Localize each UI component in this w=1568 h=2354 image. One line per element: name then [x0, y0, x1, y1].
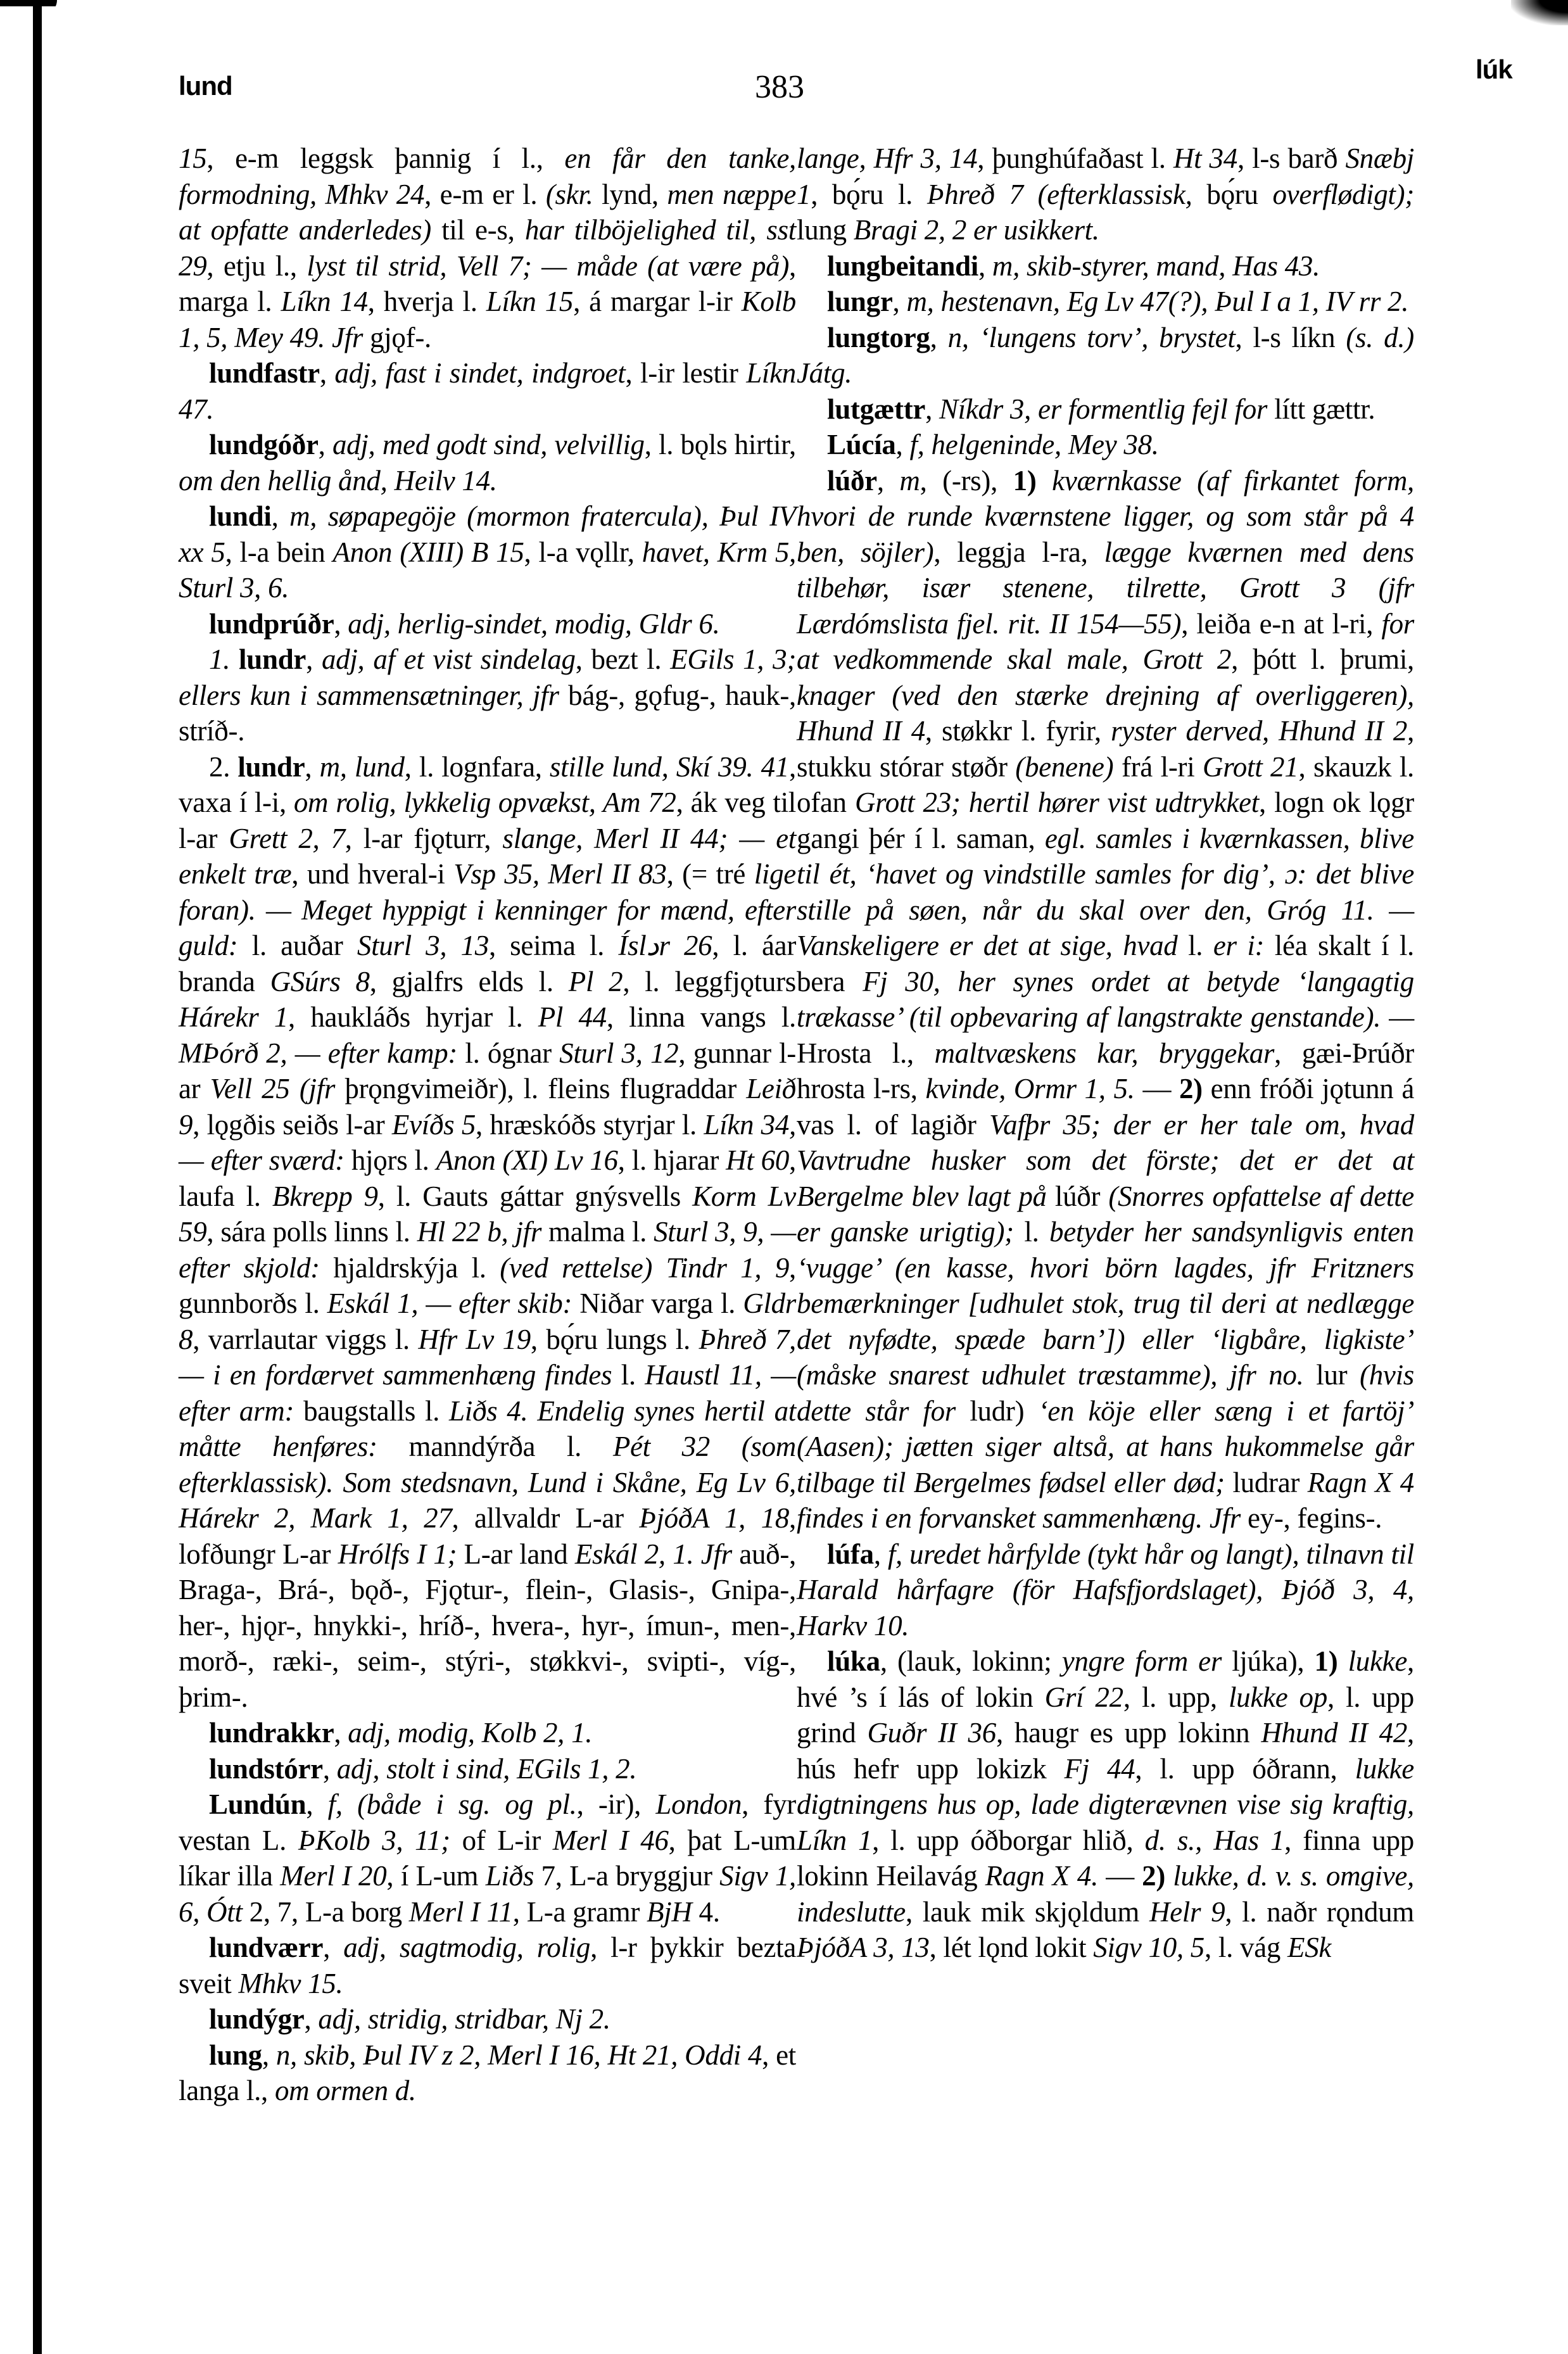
entry-text: , bǫ́ru l.: [811, 179, 927, 210]
entry-text: , (lauk, lokinn;: [880, 1645, 1062, 1677]
italic-text: lukke: [1348, 1645, 1407, 1677]
dictionary-entry: lundýgr, adj, stridig, stridbar, Nj 2.: [179, 2001, 796, 2037]
italic-text: ESk: [1287, 1932, 1331, 1963]
headword: lundrakkr: [209, 1717, 334, 1749]
dictionary-entry: lúðr, m, (-rs), 1) kværnkasse (af firkan…: [797, 463, 1414, 1536]
italic-text: 15: [179, 142, 206, 174]
italic-text: om rolig, lykkelig opvækst, Am 72: [294, 787, 676, 818]
headword: 1): [1013, 465, 1037, 497]
entry-text: lung: [797, 214, 854, 246]
entry-text: , l-ar fjǫturr,: [345, 823, 503, 854]
italic-text: Liðs: [486, 1860, 534, 1892]
italic-text: Pl 44: [538, 1001, 607, 1033]
entry-text: , (= tré: [667, 858, 754, 890]
dictionary-entry: 1. lundr, adj, af et vist sindelag, bezt…: [179, 642, 796, 749]
entry-text: l. auðar: [238, 930, 357, 961]
headword: lung: [209, 2039, 262, 2071]
italic-text: adj, fast i sindet, indgroet: [334, 357, 625, 389]
running-head-right: lúk: [1476, 54, 1512, 85]
italic-text: Vell 25 (jfr: [210, 1073, 336, 1104]
entry-text: , und hveral-i: [291, 858, 453, 890]
italic-text: ÞjóðA 3, 13: [797, 1932, 930, 1963]
entry-text: , etju l.,: [206, 250, 307, 282]
italic-text: Líkn 15: [486, 286, 573, 317]
entry-text: , linna vangs l.: [607, 1001, 796, 1033]
italic-text: kvinde, Ormr 1, 5.: [926, 1073, 1135, 1104]
entry-text: ljúka),: [1222, 1645, 1314, 1677]
dictionary-entry: 2. lundr, m, lund, l. lognfara, stille l…: [179, 749, 796, 1716]
italic-text: Merl I 11: [409, 1896, 513, 1928]
dictionary-entry: lundprúðr, adj, herlig-sindet, modig, Gl…: [179, 606, 796, 642]
entry-text: , l-ir lestir: [625, 357, 746, 389]
italic-text: n, ‘lungens torv’, brystet: [948, 322, 1236, 353]
italic-text: Sturl 3, 12: [559, 1037, 678, 1069]
headword: lungtorg: [827, 322, 930, 353]
entry-text: lítt gættr.: [1267, 393, 1375, 425]
italic-text: yngre form er: [1062, 1645, 1222, 1677]
italic-text: Eskál 1, — efter skib:: [327, 1288, 572, 1319]
entry-text: ,: [272, 500, 289, 532]
italic-text: Þhreð 7 (efterklassisk,: [927, 179, 1192, 210]
dictionary-entry: lungtorg, n, ‘lungens torv’, brystet, l-…: [797, 320, 1414, 391]
entry-text: [1337, 1645, 1348, 1677]
headword: lundr: [237, 751, 305, 783]
entry-text: , varrlautar viggs l.: [193, 1324, 418, 1355]
headword: lundgóðr: [209, 429, 319, 460]
scan-smudge: [1511, 0, 1568, 25]
entry-text: l.: [612, 1359, 645, 1391]
italic-text: om ormen d.: [275, 2075, 416, 2106]
italic-text: (skr.: [546, 179, 593, 210]
entry-text: , allvaldr L-ar: [452, 1502, 640, 1534]
entry-text: lynd,: [593, 179, 667, 210]
italic-text: f, (både i sg. og pl.: [328, 1788, 577, 1820]
italic-text: Guðr II 36: [867, 1717, 996, 1749]
italic-text: Vsp 35, Merl II 83: [453, 858, 666, 890]
headword: lúka: [827, 1645, 880, 1677]
entry-text: , l-a bein: [225, 536, 333, 568]
headword: Lúcía: [827, 429, 896, 460]
italic-text: adj, herlig-sindet, modig, Gldr 6.: [348, 608, 719, 640]
italic-text: m: [899, 465, 920, 497]
entry-text: , þunghúfaðast l.: [977, 142, 1173, 174]
entry-text: 7, L-a bryggjur: [534, 1860, 719, 1892]
left-column: 15, e-m leggsk þannig í l., en får den t…: [179, 141, 796, 2109]
entry-text: of L-ir: [450, 1825, 553, 1856]
italic-text: Hfr Lv 19: [418, 1324, 531, 1355]
entry-text: lúðr: [1047, 1180, 1109, 1212]
entry-text: lur: [1304, 1359, 1360, 1391]
entry-text: [1037, 465, 1053, 497]
italic-text: adj, med godt sind, velvillig: [332, 429, 645, 460]
entry-text: , -ir),: [577, 1788, 656, 1820]
italic-text: Fj 30, her synes ordet at betyde ‘langag…: [797, 966, 1414, 1034]
headword: lungr: [827, 286, 893, 317]
entry-text: —: [1098, 1860, 1142, 1892]
entry-text: , e-m er l.: [424, 179, 546, 210]
headword: lundprúðr: [209, 608, 334, 640]
right-column: lange, Hfr 3, 14, þunghúfaðast l. Ht 34,…: [797, 141, 1414, 1966]
entry-text: l.: [1014, 1216, 1049, 1248]
entry-text: , l. naðr rǫndum: [1225, 1896, 1414, 1928]
entry-text: ,: [334, 608, 348, 640]
entry-text: , bezt l.: [576, 643, 671, 675]
dictionary-entry: lundi, m, søpapegöje (mormon fratercula)…: [179, 498, 796, 606]
headword: 1): [1315, 1645, 1338, 1677]
italic-text: adj, modig, Kolb 2, 1.: [348, 1717, 592, 1749]
italic-text: MÞórð 2, — efter kamp:: [179, 1037, 457, 1069]
entry-text: , bǫ́ru lungs l.: [531, 1324, 699, 1355]
dictionary-entry: lutgættr, Níkdr 3, er formentlig fejl fo…: [797, 391, 1414, 427]
entry-text: frá l-ri: [1113, 751, 1203, 783]
entry-text: , l. upp,: [1123, 1681, 1229, 1713]
binding-edge-top: [0, 0, 57, 15]
italic-text: maltvæskens kar, bryggekar: [934, 1037, 1274, 1069]
page-binding-edge: [33, 0, 42, 2354]
headword: lúfa: [827, 1538, 874, 1570]
entry-text: ,: [896, 429, 910, 460]
entry-text: —: [1135, 1073, 1179, 1104]
italic-text: Grí 22: [1045, 1681, 1123, 1713]
entry-text: , l. hjarar: [618, 1144, 726, 1176]
entry-text: ,: [305, 751, 319, 783]
entry-text: 4.: [692, 1896, 720, 1928]
italic-text: Hrólfs I 1;: [338, 1538, 457, 1570]
entry-text: ludr): [956, 1395, 1039, 1427]
entry-text: ey-, fegins-.: [1241, 1502, 1382, 1534]
italic-text: Helr 9: [1149, 1896, 1225, 1928]
headword: lundstórr: [209, 1753, 323, 1785]
entry-text: , l-s líkn: [1236, 322, 1346, 353]
running-head-left: lund: [179, 71, 232, 101]
headword: lundr: [239, 643, 306, 675]
entry-text: þrǫngvimeiðr), l. fleins flugraddar: [335, 1073, 746, 1104]
entry-text: , l-a vǫllr,: [524, 536, 642, 568]
entry-text: hjaldrskýja l.: [320, 1252, 500, 1284]
entry-text: manndýrða l.: [377, 1431, 613, 1462]
italic-text: d. s., Has 1: [1145, 1825, 1285, 1856]
italic-text: adj, af et vist sindelag: [322, 643, 576, 675]
entry-text: ,: [306, 1788, 327, 1820]
entry-text: , e-m leggsk þannig í l.,: [206, 142, 564, 174]
italic-text: (ved rettelse) Tindr 1, 9: [500, 1252, 789, 1284]
entry-text: ,: [306, 643, 322, 675]
entry-text: , l. upp óðborgar hlið,: [872, 1825, 1144, 1856]
entry-text: , l. leggfjǫturs: [623, 966, 796, 997]
entry-text: , l. lognfara,: [405, 751, 550, 783]
dictionary-entry: lungr, m, hestenavn, Eg Lv 47(?), Þul I …: [797, 284, 1414, 320]
italic-text: adj, stolt i sind, EGils 1, 2.: [337, 1753, 637, 1785]
italic-text: Merl I 20: [280, 1860, 386, 1892]
entry-text: Niðar varga l.: [572, 1288, 743, 1319]
entry-text: ,: [323, 1753, 337, 1785]
headword: lundværr: [209, 1932, 323, 1963]
entry-text: 2, 7, L-a borg: [243, 1896, 409, 1928]
italic-text: m, lund: [320, 751, 405, 783]
italic-text: Grott 23; hertil hører vist udtrykket: [855, 787, 1259, 818]
entry-text: ,: [323, 1932, 343, 1963]
entry-text: , leiða e-n at l-ri,: [1181, 608, 1381, 640]
entry-text: , l. upp óðrann,: [1135, 1753, 1355, 1785]
entry-text: L-ar land: [457, 1538, 575, 1570]
entry-text: ,: [874, 1538, 888, 1570]
entry-text: l.: [1178, 930, 1213, 961]
italic-text: Níkdr 3, er formentlig fejl for: [939, 393, 1267, 425]
italic-text: BjH: [647, 1896, 692, 1928]
italic-text: om den hellig ånd, Heilv 14.: [179, 465, 497, 497]
dictionary-entry: lúka, (lauk, lokinn; yngre form er ljúka…: [797, 1643, 1414, 1966]
entry-text: ,: [978, 250, 992, 282]
entry-text: , L-a gramr: [513, 1896, 647, 1928]
entry-text: , þótt l. þrumi,: [1231, 643, 1414, 675]
entry-text: , hverja l.: [368, 286, 486, 317]
entry-text: baugstalls l.: [294, 1395, 449, 1427]
entry-text: , hræskóðs styrjar l.: [476, 1109, 704, 1141]
italic-text: Grett 2, 7: [229, 823, 345, 854]
italic-text: ryster derved, Hhund II 2: [1111, 715, 1407, 747]
dictionary-entry: lúfa, f, uredet hårfylde (tykt hår og la…: [797, 1536, 1414, 1644]
italic-text: 1.: [209, 643, 239, 675]
italic-text: Pl 2: [569, 966, 623, 997]
dictionary-entry: lungbeitandi, m, skib-styrer, mand, Has …: [797, 248, 1414, 284]
italic-text: Eskál 2, 1. Jfr: [575, 1538, 732, 1570]
italic-text: Ht 34: [1173, 142, 1237, 174]
entry-text: , sára polls linns l.: [206, 1216, 417, 1248]
italic-text: ÞKolb 3, 11;: [298, 1825, 450, 1856]
italic-text: London: [655, 1788, 742, 1820]
headword: Lundún: [209, 1788, 306, 1820]
entry-text: , l-s barð: [1237, 142, 1346, 174]
italic-text: Sigv 10, 5: [1093, 1932, 1204, 1963]
italic-text: Anon (XIII) B 15: [332, 536, 524, 568]
entry-text: ,: [893, 286, 907, 317]
entry-text: malma l.: [541, 1216, 654, 1248]
entry-text: , l. vág: [1204, 1932, 1287, 1963]
italic-text: Evíðs 5: [392, 1109, 476, 1141]
entry-text: , lǫgðis seiðs l-ar: [193, 1109, 392, 1141]
italic-text: Anon (XI) Lv 16: [436, 1144, 618, 1176]
entry-text: gjǫf-.: [363, 322, 431, 353]
entry-text: , leggja l-ra,: [933, 536, 1104, 568]
italic-text: Líkn 14: [281, 286, 367, 317]
italic-text: overflødigt);: [1272, 179, 1414, 210]
headword: 2): [1142, 1860, 1165, 1892]
entry-text: til e-s,: [431, 214, 525, 246]
italic-text: Bkrepp 9: [272, 1180, 378, 1212]
entry-text: , lauk mik skjǫldum: [906, 1896, 1149, 1928]
italic-text: Hárekr 1: [179, 1001, 288, 1033]
italic-text: GSúrs 8: [270, 966, 370, 997]
italic-text: lukke op: [1229, 1681, 1327, 1713]
headword: lundi: [209, 500, 272, 532]
italic-text: (benene): [1015, 751, 1113, 783]
entry-text: ,: [319, 429, 332, 460]
entry-text: , l. bǫls hirtir,: [645, 429, 796, 460]
headword: 2): [1179, 1073, 1203, 1104]
dictionary-entry: lundfastr, adj, fast i sindet, indgroet,…: [179, 355, 796, 427]
dictionary-entry: lundværr, adj, sagtmodig, rolig, l-r þyk…: [179, 1930, 796, 2001]
entry-text: hjǫrs l.: [345, 1144, 436, 1176]
dictionary-entry: lundstórr, adj, stolt i sind, EGils 1, 2…: [179, 1751, 796, 1787]
italic-text: Ht 60: [726, 1144, 789, 1176]
dictionary-entry: lange, Hfr 3, 14, þunghúfaðast l. Ht 34,…: [797, 141, 1414, 248]
italic-text: Ragn X 4.: [985, 1860, 1098, 1892]
entry-text: ,: [320, 357, 335, 389]
italic-text: stille lund, Skí 39. 41: [550, 751, 789, 783]
entry-text: , lét lǫnd lokit: [930, 1932, 1094, 1963]
entry-text: ,: [334, 1717, 348, 1749]
headword: lundfastr: [209, 357, 320, 389]
italic-text: f, uredet hårfylde (tykt hår og langt), …: [797, 1538, 1414, 1642]
italic-text: Merl I 46: [553, 1825, 669, 1856]
dictionary-entry: Lúcía, f, helgeninde, Mey 38.: [797, 427, 1414, 463]
entry-text: , gjalfrs elds l.: [370, 966, 569, 997]
dictionary-entry: Lundún, f, (både i sg. og pl., -ir), Lon…: [179, 1787, 796, 1930]
entry-text: , í L-um: [386, 1860, 485, 1892]
dictionary-entry: lung, n, skib, Þul IV z 2, Merl I 16, Ht…: [179, 2037, 796, 2109]
entry-text: ,: [877, 465, 900, 497]
entry-text: ,: [304, 2003, 318, 2035]
entry-text: l. ógnar: [457, 1037, 559, 1069]
italic-text: n, skib, Þul IV z 2, Merl I 16, Ht 21, O…: [276, 2039, 762, 2071]
italic-text: Hl 22 b, jfr: [417, 1216, 541, 1248]
entry-text: ,: [925, 393, 939, 425]
dictionary-entry: lundrakkr, adj, modig, Kolb 2, 1.: [179, 1715, 796, 1751]
italic-text: Grott 21: [1203, 751, 1298, 783]
italic-text: er i:: [1213, 930, 1264, 961]
entry-text: [1165, 1860, 1173, 1892]
italic-text: f, helgeninde, Mey 38.: [909, 429, 1158, 460]
page-number: 383: [755, 68, 804, 106]
entry-text: ,: [262, 2039, 276, 2071]
entry-text: bǫ́ru: [1192, 179, 1273, 210]
entry-text: , støkkr l. fyrir,: [925, 715, 1111, 747]
italic-text: m, skib-styrer, mand, Has 43.: [992, 250, 1320, 282]
headword: lundýgr: [209, 2003, 304, 2035]
italic-text: Bragi 2, 2 er usikkert.: [854, 214, 1099, 246]
headword: lutgættr: [827, 393, 925, 425]
headword: lúðr: [827, 465, 877, 497]
italic-text: Sturl 3, 13: [357, 930, 489, 961]
entry-text: , haukláðs hyrjar l.: [288, 1001, 538, 1033]
italic-text: m, hestenavn, Eg Lv 47(?), Þul I a 1, IV…: [906, 286, 1408, 317]
italic-text: lange, Hfr 3, 14: [797, 142, 977, 174]
entry-text: , l. Gauts gáttar gnýsvells: [378, 1180, 692, 1212]
dictionary-entry: 15, e-m leggsk þannig í l., en får den t…: [179, 141, 796, 355]
entry-text: , (-rs),: [920, 465, 1013, 497]
italic-text: Íslدr 26: [618, 930, 712, 961]
entry-text: Hrosta l.,: [797, 1037, 934, 1069]
headword: lungbeitandi: [827, 250, 978, 282]
entry-text: ,: [930, 322, 948, 353]
entry-text: , seima l.: [489, 930, 618, 961]
italic-text: lyst til strid, Vell 7; — måde (at være …: [307, 250, 789, 282]
entry-text: ludrar: [1225, 1467, 1308, 1498]
entry-text: , haugr es upp lokinn: [996, 1717, 1261, 1749]
dictionary-entry: lundgóðr, adj, med godt sind, velvillig,…: [179, 427, 796, 498]
italic-text: adj, sagtmodig, rolig: [343, 1932, 590, 1963]
entry-text: , á margar l-ir: [573, 286, 742, 317]
italic-text: Hhund II 42: [1261, 1717, 1407, 1749]
italic-text: Fj 44: [1065, 1753, 1135, 1785]
entry-text: 2.: [209, 751, 237, 783]
italic-text: ÞjóðA 1, 18: [639, 1502, 789, 1534]
italic-text: adj, stridig, stridbar, Nj 2.: [318, 2003, 610, 2035]
italic-text: Mhkv 15.: [238, 1968, 343, 1999]
